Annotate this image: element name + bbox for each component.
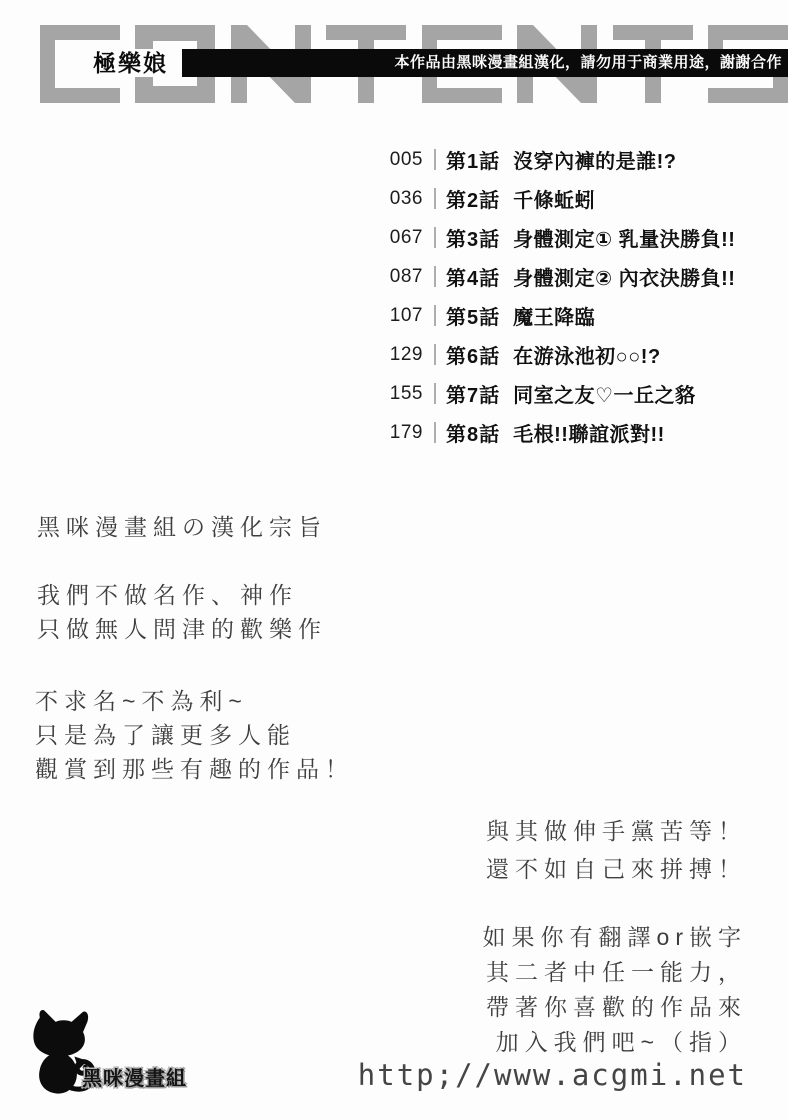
page-number: 179: [385, 422, 423, 444]
recruit-line: 帶著你喜歡的作品來: [483, 990, 747, 1025]
chapter-title: 同室之友♡一丘之貉: [513, 379, 695, 408]
separator-line: [434, 227, 436, 248]
header: CONTENTS 極樂娘 本: [0, 0, 788, 118]
toc-row: 155 第7話 同室之友♡一丘之貉: [385, 374, 735, 413]
recruit-line: 加入我們吧~（指）: [483, 1025, 747, 1060]
toc-row: 107 第5話 魔王降臨: [385, 296, 735, 335]
chapter-title: 沒穿內褲的是誰!?: [513, 145, 676, 174]
title-strip: 極樂娘 本作品由黑咪漫畫組漢化，請勿用于商業用途，謝謝合作: [85, 49, 788, 77]
recruit-line: 與其做伸手黨苦等！: [486, 812, 747, 850]
recruit-stanza-1: 與其做伸手黨苦等！ 還不如自己來拼搏！: [486, 812, 747, 888]
chapter-label: 第6話: [446, 340, 500, 369]
group-website-url: http;//www.acgmi.net: [358, 1058, 747, 1092]
chapter-title: 身體測定② 內衣決勝負!!: [513, 262, 735, 291]
page-number: 107: [385, 305, 423, 327]
chapter-label: 第4話: [446, 262, 500, 291]
motto-line: 不求名~不為利~: [35, 684, 354, 718]
chapter-list: 005 第1話 沒穿內褲的是誰!? 036 第2話 千條蚯蚓 067 第3話 身…: [385, 140, 735, 452]
separator-line: [434, 383, 436, 404]
separator-line: [434, 188, 436, 209]
recruit-line: 如果你有翻譯or嵌字: [483, 920, 747, 955]
page-number: 129: [385, 344, 423, 366]
page-number: 155: [385, 383, 423, 405]
chapter-label: 第8話: [446, 418, 500, 447]
toc-row: 036 第2話 千條蚯蚓: [385, 179, 735, 218]
motto-stanza-2: 不求名~不為利~ 只是為了讓更多人能 觀賞到那些有趣的作品！: [35, 684, 354, 786]
chapter-title: 毛根!!聯誼派對!!: [513, 418, 665, 447]
toc-row: 087 第4話 身體測定② 內衣決勝負!!: [385, 257, 735, 296]
separator-line: [434, 344, 436, 365]
recruit-stanza-2: 如果你有翻譯or嵌字 其二者中任一能力， 帶著你喜歡的作品來 加入我們吧~（指）: [483, 920, 747, 1060]
chapter-label: 第7話: [446, 379, 500, 408]
separator-line: [434, 149, 436, 170]
contents-word-text: CONTENTS: [0, 0, 1, 1]
chapter-title: 千條蚯蚓: [513, 184, 595, 213]
separator-line: [434, 422, 436, 443]
recruit-line: 其二者中任一能力，: [483, 955, 747, 990]
page-number: 005: [385, 149, 423, 171]
group-logo: 黑咪漫畫組: [24, 1010, 264, 1110]
page-number: 036: [385, 188, 423, 210]
series-title: 極樂娘: [85, 49, 182, 77]
chapter-title: 在游泳池初○○!?: [513, 340, 661, 369]
recruit-line: 還不如自己來拼搏！: [486, 850, 747, 888]
motto-heading: 黑咪漫畫組の漢化宗旨: [37, 510, 327, 544]
contents-page: CONTENTS 極樂娘 本: [0, 0, 788, 1120]
chapter-label: 第3話: [446, 223, 500, 252]
motto-line: 只做無人問津的歡樂作: [37, 612, 327, 646]
separator-line: [434, 266, 436, 287]
scanlation-notice: 本作品由黑咪漫畫組漢化，請勿用于商業用途，謝謝合作: [182, 49, 788, 77]
toc-row: 067 第3話 身體測定① 乳量決勝負!!: [385, 218, 735, 257]
chapter-label: 第1話: [446, 145, 500, 174]
motto-stanza-1: 我們不做名作、神作 只做無人問津的歡樂作: [37, 578, 327, 646]
motto-line: 只是為了讓更多人能: [35, 718, 354, 752]
chapter-label: 第2話: [446, 184, 500, 213]
toc-row: 179 第8話 毛根!!聯誼派對!!: [385, 413, 735, 452]
toc-row: 005 第1話 沒穿內褲的是誰!?: [385, 140, 735, 179]
toc-row: 129 第6話 在游泳池初○○!?: [385, 335, 735, 374]
motto-line: 觀賞到那些有趣的作品！: [35, 752, 354, 786]
separator-line: [434, 305, 436, 326]
group-name-text: 黑咪漫畫組: [82, 1062, 187, 1091]
page-number: 067: [385, 227, 423, 249]
chapter-label: 第5話: [446, 301, 500, 330]
chapter-title: 身體測定① 乳量決勝負!!: [513, 223, 735, 252]
chapter-title: 魔王降臨: [513, 301, 595, 330]
motto-line: 我們不做名作、神作: [37, 578, 327, 612]
page-number: 087: [385, 266, 423, 288]
